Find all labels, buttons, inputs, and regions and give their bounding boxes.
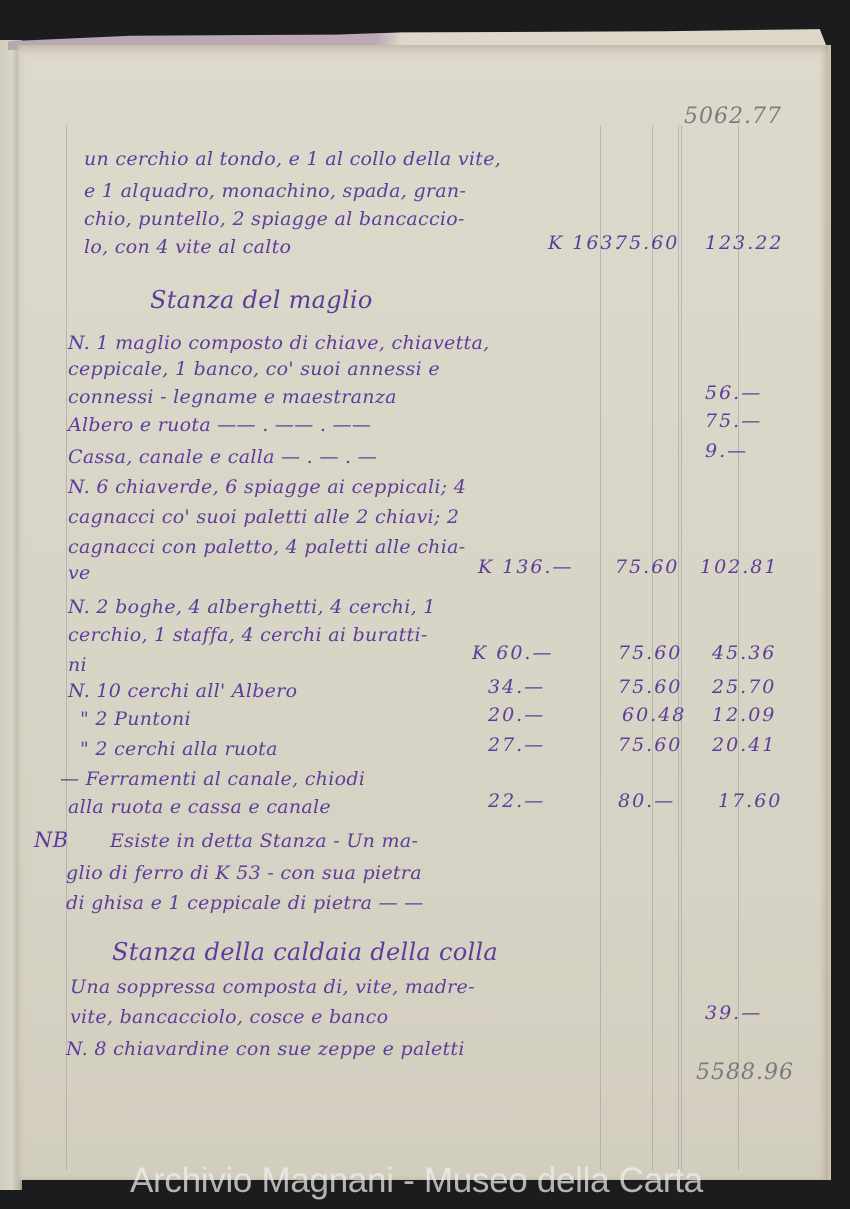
text-line: ve <box>68 562 91 584</box>
text-line: — Ferramenti al canale, chiodi <box>60 768 365 790</box>
weight-value: K 60.— <box>472 642 553 664</box>
running-total-bottom: 5588.96 <box>696 1060 794 1085</box>
note-line: glio di ferro di K 53 - con sua pietra <box>66 862 422 884</box>
running-total-top: 5062.77 <box>684 104 782 129</box>
text-line: " 2 Puntoni <box>80 708 191 730</box>
section-heading: Stanza della caldaia della colla <box>112 938 498 966</box>
amount-value: 56.— <box>705 382 762 404</box>
amount-value: 102.81 <box>700 556 778 578</box>
amount-value: 12.09 <box>712 704 776 726</box>
text-line: chio, puntello, 2 spiagge al bancaccio- <box>84 208 465 230</box>
rate-value: 60.48 <box>622 704 686 726</box>
text-line: alla ruota e cassa e canale <box>68 796 331 818</box>
text-line: ceppicale, 1 banco, co' suoi annessi e <box>68 358 440 380</box>
amount-value: 9.— <box>705 440 748 462</box>
text-line: connessi - legname e maestranza <box>68 386 397 408</box>
weight-value: 20.— <box>488 704 545 726</box>
weight-value: 27.— <box>488 734 545 756</box>
weight-value: 22.— <box>488 790 545 812</box>
weight-value: K 136.— <box>478 556 574 578</box>
text-line: N. 10 cerchi all' Albero <box>68 680 297 702</box>
rate-value: 75.60 <box>618 642 682 664</box>
text-line: vite, bancacciolo, cosce e banco <box>70 1006 388 1028</box>
text-line: Una soppressa composta di, vite, madre- <box>70 976 475 998</box>
section-heading: Stanza del maglio <box>150 286 373 314</box>
text-line: cerchio, 1 staffa, 4 cerchi ai buratti- <box>68 624 428 646</box>
note-line: Esiste in detta Stanza - Un ma- <box>110 830 418 852</box>
text-line: ni <box>68 654 87 676</box>
rate-value: 75.60 <box>618 676 682 698</box>
amount-value: 45.36 <box>712 642 776 664</box>
text-line: un cerchio al tondo, e 1 al collo della … <box>84 148 501 170</box>
rate-value: 80.— <box>618 790 675 812</box>
text-line: Cassa, canale e calla — . — . — <box>68 446 377 468</box>
text-line: " 2 cerchi alla ruota <box>80 738 278 760</box>
note-marker: NB <box>34 828 68 852</box>
margin-rule <box>66 125 67 1170</box>
amount-value: 123.22 <box>705 232 783 254</box>
amount-value: 39.— <box>705 1002 762 1024</box>
rate-value: 75.60 <box>615 232 679 254</box>
text-line: N. 8 chiavardine con sue zeppe e paletti <box>66 1038 465 1060</box>
text-line: N. 1 maglio composto di chiave, chiavett… <box>68 332 489 354</box>
text-line: N. 2 boghe, 4 alberghetti, 4 cerchi, 1 <box>68 596 436 618</box>
text-line: e 1 alquadro, monachino, spada, gran- <box>84 180 466 202</box>
amount-value: 25.70 <box>712 676 776 698</box>
rate-value: 75.60 <box>615 556 679 578</box>
text-line: cagnacci co' suoi paletti alle 2 chiavi;… <box>68 506 459 528</box>
text-line: lo, con 4 vite al calto <box>84 236 291 258</box>
weight-value: 34.— <box>488 676 545 698</box>
rate-value: 75.60 <box>618 734 682 756</box>
text-line: N. 6 chiaverde, 6 spiagge ai ceppicali; … <box>68 476 466 498</box>
amount-value: 17.60 <box>718 790 782 812</box>
text-line: Albero e ruota —— . —— . —— <box>68 414 371 436</box>
column-rule <box>600 125 601 1170</box>
note-line: di ghisa e 1 ceppicale di pietra — — <box>66 892 424 914</box>
archive-watermark: Archivio Magnani - Museo della Carta <box>130 1161 850 1201</box>
amount-value: 75.— <box>705 410 762 432</box>
weight-value: K 163. <box>548 232 623 254</box>
text-line: cagnacci con paletto, 4 paletti alle chi… <box>68 536 465 558</box>
amount-value: 20.41 <box>712 734 776 756</box>
